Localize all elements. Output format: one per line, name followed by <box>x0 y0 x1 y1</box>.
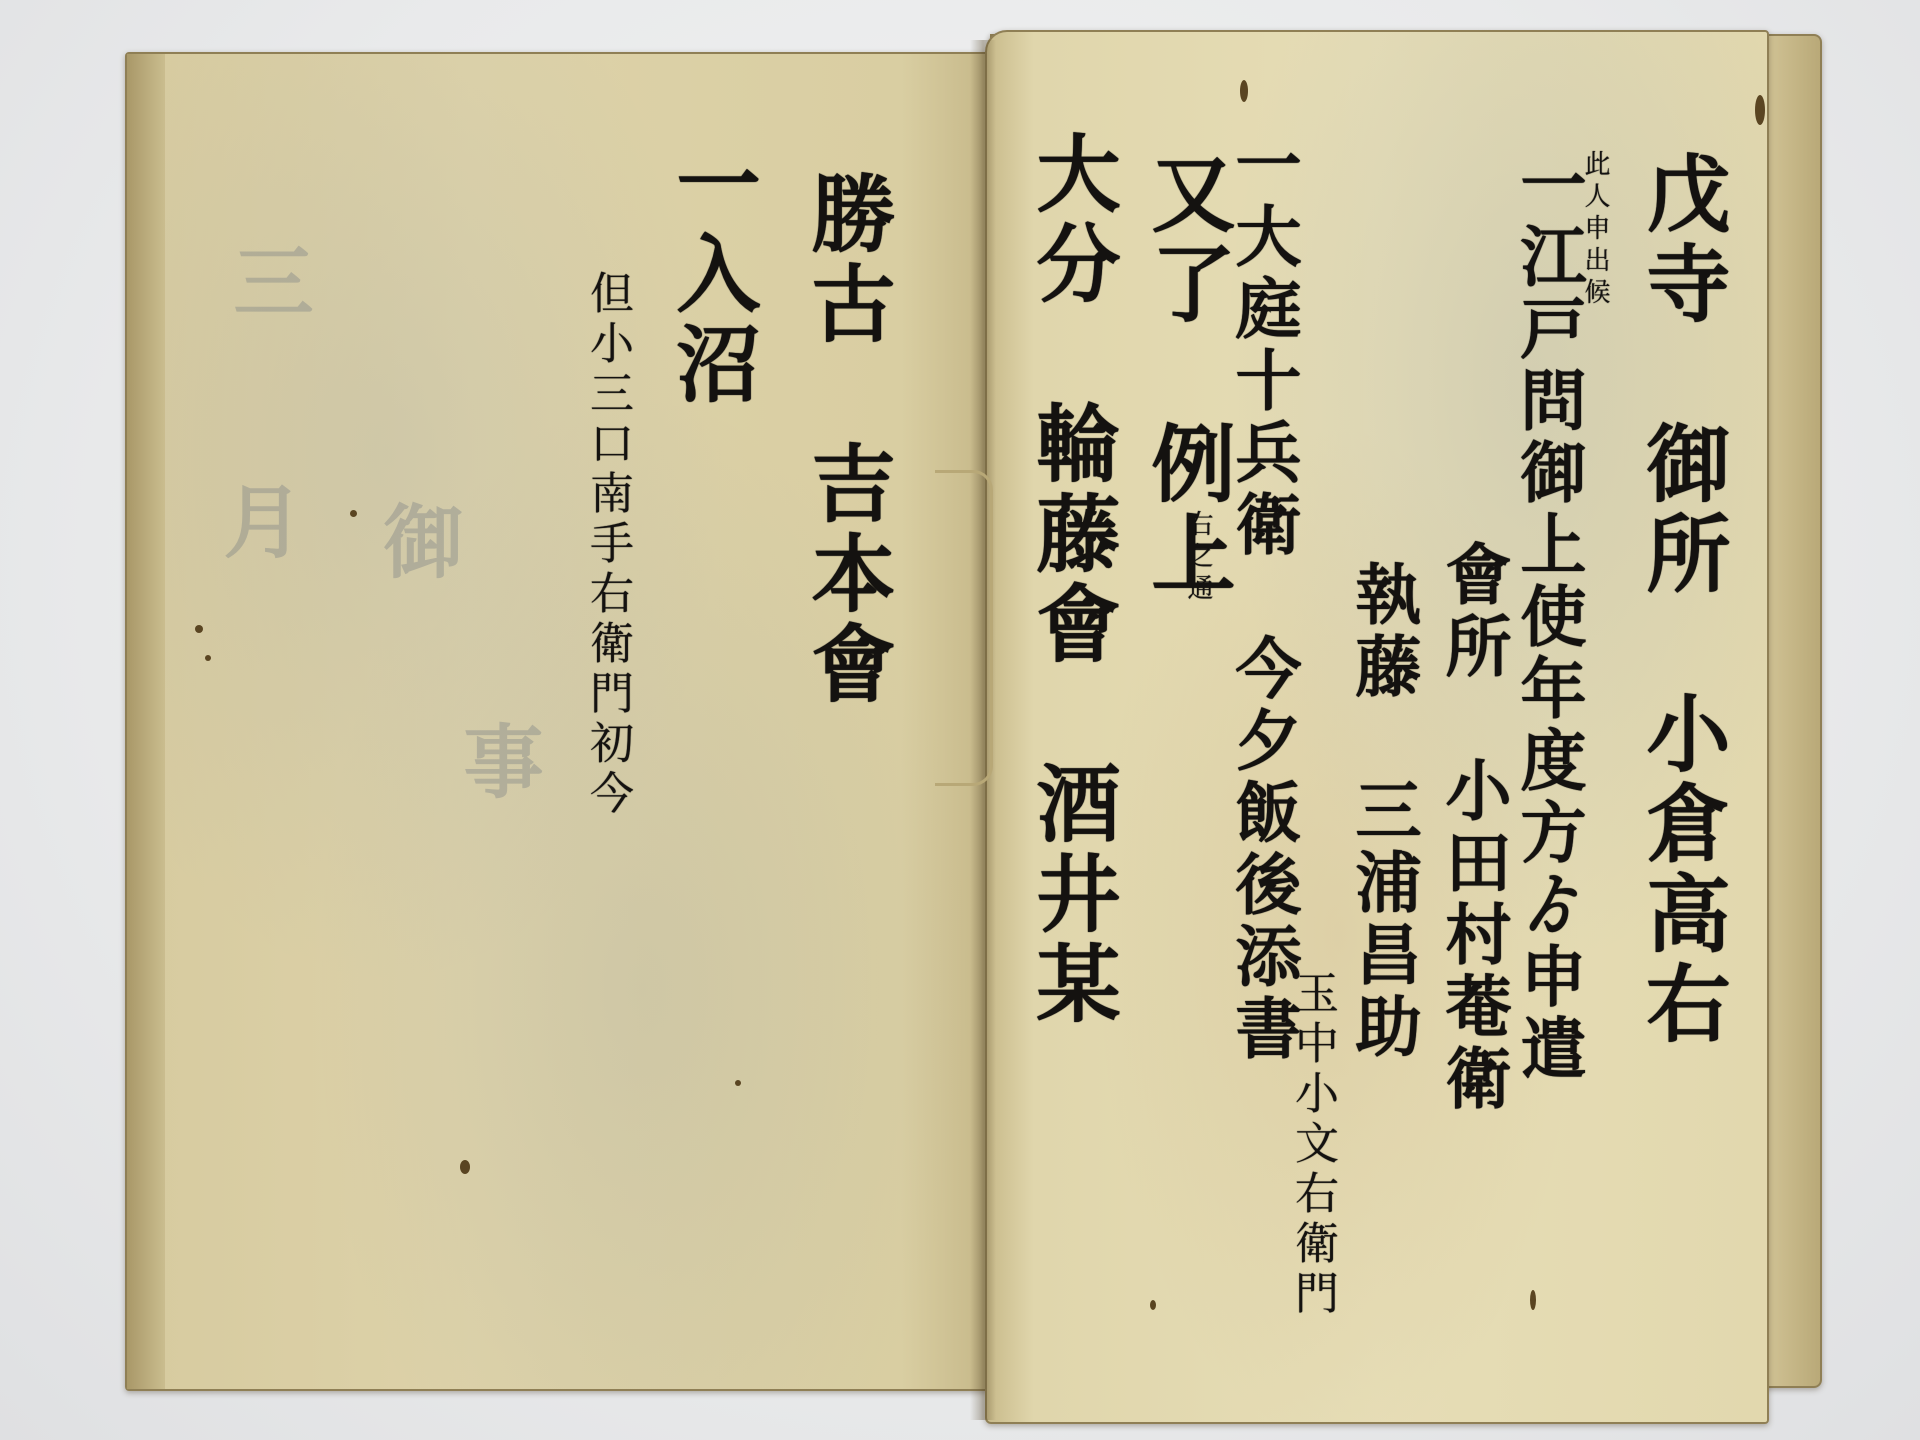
wormhole <box>1240 80 1248 102</box>
text-column: 戊寺 御所 小倉高右 <box>1640 150 1724 1050</box>
text-column: 一大庭十兵衛 今夕飯後添書 <box>1230 130 1296 1066</box>
bleed-through-char: 月 <box>200 480 315 560</box>
text-column: 勝古 吉本會 <box>805 170 889 710</box>
text-column: 一江戸問御上使年度方ゟ申遣 <box>1515 150 1581 1086</box>
text-column: 一入沼 <box>670 140 754 410</box>
wormhole <box>1755 95 1765 125</box>
text-column: 執藤 三浦昌助 <box>1350 560 1416 1064</box>
wormhole <box>350 510 357 517</box>
bleed-through-char: 御 <box>360 500 475 580</box>
bleed-through-char: 事 <box>440 720 555 800</box>
wormhole <box>1530 1290 1536 1310</box>
text-column: 又了 例上 <box>1145 150 1229 600</box>
wormhole <box>735 1080 741 1086</box>
text-column: 大分 輪藤會 酒井某 <box>1030 130 1114 1030</box>
wormhole <box>195 625 203 633</box>
bleed-through-char: 三 <box>210 240 325 320</box>
text-column: 但小三口南手右衛門初今 <box>585 270 629 820</box>
left-page-folded-edge <box>127 54 165 1389</box>
wormhole <box>460 1160 470 1174</box>
text-column: 玉中小文右衛門 <box>1290 970 1334 1320</box>
wormhole <box>1150 1300 1156 1310</box>
annotation-column: 此人申出候 <box>1582 150 1608 310</box>
wormhole <box>205 655 211 661</box>
text-column: 會所 小田村菴衛 <box>1440 540 1506 1116</box>
binding-thread <box>935 470 993 786</box>
